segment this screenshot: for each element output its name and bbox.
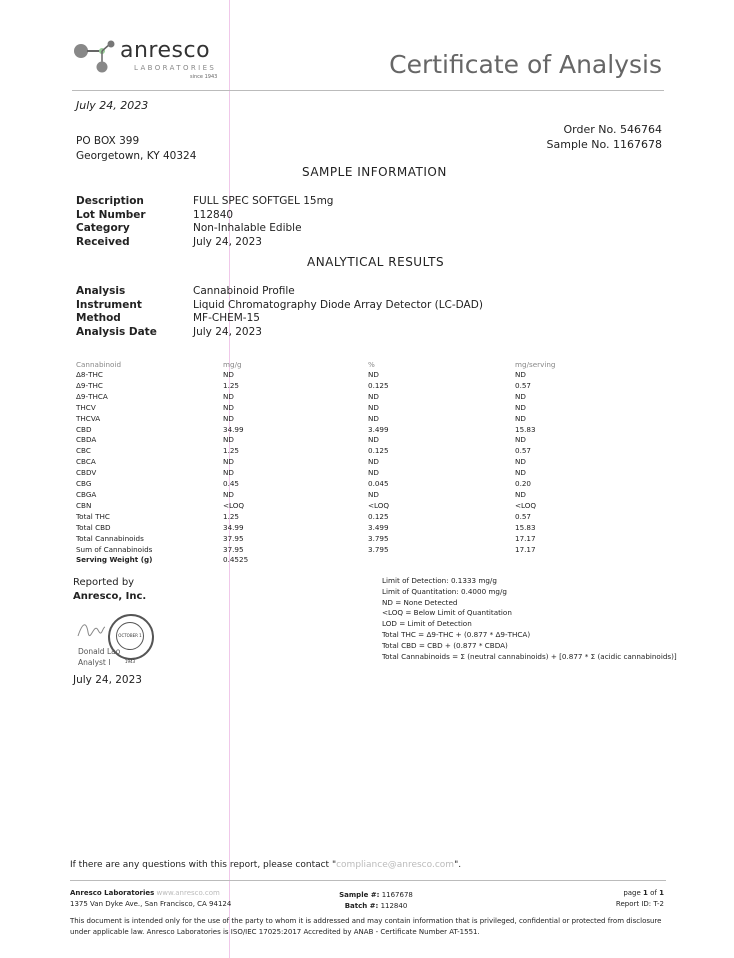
table-row: CBD34.993.49915.83 — [76, 425, 615, 436]
result-value: ND — [368, 468, 515, 479]
result-value: ND — [223, 457, 368, 468]
signer: Donald Lao Analyst I — [78, 646, 120, 668]
footer-address: 1375 Van Dyke Ave., San Francisco, CA 94… — [70, 899, 231, 910]
table-row: CBN<LOQ<LOQ<LOQ — [76, 501, 615, 512]
table-row: Δ9-THCANDNDND — [76, 392, 615, 403]
result-value: 37.95 — [223, 534, 368, 545]
table-header-row: Cannabinoid mg/g % mg/serving — [76, 358, 615, 370]
result-value: ND — [368, 370, 515, 381]
result-value: ND — [368, 457, 515, 468]
result-value: ND — [223, 392, 368, 403]
footer-company-name: Anresco Laboratories — [70, 889, 154, 897]
result-value: 34.99 — [223, 523, 368, 534]
signature-image — [76, 618, 106, 638]
result-value: ND — [515, 468, 615, 479]
report-id: Report ID: T-2 — [616, 899, 664, 910]
result-value: 0.125 — [368, 381, 515, 392]
note-line: Limit of Detection: 0.1333 mg/g — [382, 576, 677, 587]
result-value: 17.17 — [515, 545, 615, 556]
cannabinoid-name: CBD — [76, 425, 223, 436]
table-row: Δ9-THC1.250.1250.57 — [76, 381, 615, 392]
field-lot-number: Lot Number112840 — [76, 209, 333, 223]
client-address: PO BOX 399 Georgetown, KY 40324 — [76, 134, 196, 164]
column-header: mg/serving — [515, 358, 615, 370]
logo-since: since 1943 — [190, 74, 217, 80]
result-value: ND — [515, 414, 615, 425]
cannabinoid-name: Sum of Cannabinoids — [76, 545, 223, 556]
field-instrument: InstrumentLiquid Chromatography Diode Ar… — [76, 299, 483, 313]
order-info: Order No. 546764 Sample No. 1167678 — [547, 122, 663, 152]
table-row: CBCANDNDND — [76, 457, 615, 468]
result-value: ND — [223, 468, 368, 479]
result-value: 0.125 — [368, 512, 515, 523]
result-value: ND — [515, 457, 615, 468]
cannabinoid-name: CBG — [76, 479, 223, 490]
address-line-2: Georgetown, KY 40324 — [76, 149, 196, 164]
order-number: Order No. 546764 — [547, 122, 663, 137]
result-value: ND — [223, 490, 368, 501]
field-description: DescriptionFULL SPEC SOFTGEL 15mg — [76, 195, 333, 209]
anresco-logo: anresco LABORATORIES since 1943 — [72, 38, 242, 84]
reported-by-label: Reported by — [73, 576, 146, 590]
footer-ids: Sample #: 1167678 Batch #: 112840 — [334, 890, 418, 912]
table-row: THCVNDNDND — [76, 403, 615, 414]
column-header: Cannabinoid — [76, 358, 223, 370]
result-value: ND — [515, 435, 615, 446]
signature-date: July 24, 2023 — [73, 674, 142, 686]
cannabinoid-name: Δ9-THC — [76, 381, 223, 392]
result-value: ND — [223, 435, 368, 446]
signer-name: Donald Lao — [78, 646, 120, 657]
result-value: 37.95 — [223, 545, 368, 556]
result-value: 15.83 — [515, 523, 615, 534]
field-analysis-date: Analysis DateJuly 24, 2023 — [76, 326, 483, 340]
cannabinoid-name: THCVA — [76, 414, 223, 425]
table-row: CBC1.250.1250.57 — [76, 446, 615, 457]
result-value: 1.25 — [223, 512, 368, 523]
table-row: CBGANDNDND — [76, 490, 615, 501]
address-line-1: PO BOX 399 — [76, 134, 196, 149]
result-value: 15.83 — [515, 425, 615, 436]
cannabinoid-name: Δ9-THCA — [76, 392, 223, 403]
table-row: CBG0.450.0450.20 — [76, 479, 615, 490]
page-title: Certificate of Analysis — [389, 50, 662, 79]
cannabinoid-name: CBGA — [76, 490, 223, 501]
molecule-icon — [72, 40, 122, 80]
field-received: ReceivedJuly 24, 2023 — [76, 236, 333, 250]
result-value: ND — [515, 370, 615, 381]
note-line: Total CBD = CBD + (0.877 * CBDA) — [382, 641, 677, 652]
result-value: ND — [223, 403, 368, 414]
cannabinoid-name: Total THC — [76, 512, 223, 523]
result-value: ND — [223, 414, 368, 425]
result-value: 0.125 — [368, 446, 515, 457]
sample-information-fields: DescriptionFULL SPEC SOFTGEL 15mg Lot Nu… — [76, 195, 333, 249]
reported-by: Reported by Anresco, Inc. — [73, 576, 146, 604]
note-line: LOD = Limit of Detection — [382, 619, 677, 630]
result-value: 34.99 — [223, 425, 368, 436]
result-value: <LOQ — [223, 501, 368, 512]
result-value: ND — [368, 490, 515, 501]
footer-disclaimer: This document is intended only for the u… — [70, 916, 670, 938]
cannabinoid-name: Total Cannabinoids — [76, 534, 223, 545]
report-date: July 24, 2023 — [76, 99, 148, 112]
header-divider — [72, 90, 664, 91]
table-row: CBDVNDNDND — [76, 468, 615, 479]
cannabinoid-name: CBDA — [76, 435, 223, 446]
serving-weight-label: Serving Weight (g) — [76, 555, 223, 566]
cannabinoid-name: THCV — [76, 403, 223, 414]
cannabinoid-results-table: Cannabinoid mg/g % mg/serving Δ8-THCNDND… — [76, 358, 615, 566]
result-value: ND — [368, 392, 515, 403]
result-value: ND — [515, 490, 615, 501]
result-value: 0.57 — [515, 446, 615, 457]
table-row: Total THC1.250.1250.57 — [76, 512, 615, 523]
field-category: CategoryNon-Inhalable Edible — [76, 222, 333, 236]
cannabinoid-name: CBC — [76, 446, 223, 457]
footer-divider — [70, 880, 666, 881]
result-value: 1.25 — [223, 381, 368, 392]
result-value: 3.795 — [368, 534, 515, 545]
result-value: 17.17 — [515, 534, 615, 545]
table-row: Total CBD34.993.49915.83 — [76, 523, 615, 534]
reported-by-company: Anresco, Inc. — [73, 590, 146, 604]
cannabinoid-name: Total CBD — [76, 523, 223, 534]
field-method: MethodMF-CHEM-15 — [76, 312, 483, 326]
result-value: ND — [223, 370, 368, 381]
sample-information-heading: SAMPLE INFORMATION — [302, 165, 447, 179]
note-line: Total THC = Δ9-THC + (0.877 * Δ9-THCA) — [382, 630, 677, 641]
signer-title: Analyst I — [78, 657, 120, 668]
result-value: ND — [368, 403, 515, 414]
table-row: THCVANDNDND — [76, 414, 615, 425]
analytical-results-heading: ANALYTICAL RESULTS — [307, 255, 444, 269]
cannabinoid-name: Δ8-THC — [76, 370, 223, 381]
note-line: ND = None Detected — [382, 598, 677, 609]
table-row: Total Cannabinoids37.953.79517.17 — [76, 534, 615, 545]
table-row: Δ8-THCNDNDND — [76, 370, 615, 381]
cannabinoid-name: CBN — [76, 501, 223, 512]
result-value: ND — [368, 414, 515, 425]
table-row: Sum of Cannabinoids37.953.79517.17 — [76, 545, 615, 556]
result-value: 0.045 — [368, 479, 515, 490]
serving-weight-row: Serving Weight (g)0.4525 — [76, 555, 615, 566]
result-value: ND — [515, 392, 615, 403]
column-header: % — [368, 358, 515, 370]
result-value: <LOQ — [368, 501, 515, 512]
result-value: ND — [515, 403, 615, 414]
contact-line: If there are any questions with this rep… — [70, 860, 461, 870]
footer-batch-number: 112840 — [381, 902, 408, 910]
result-value: 3.499 — [368, 425, 515, 436]
result-value: 0.20 — [515, 479, 615, 490]
note-line: Total Cannabinoids = Σ (neutral cannabin… — [382, 652, 677, 663]
analytical-results-fields: AnalysisCannabinoid Profile InstrumentLi… — [76, 285, 483, 339]
result-value: <LOQ — [515, 501, 615, 512]
cannabinoid-name: CBCA — [76, 457, 223, 468]
sample-number: Sample No. 1167678 — [547, 137, 663, 152]
footer-page-info: page 1 of 1 Report ID: T-2 — [616, 888, 664, 910]
result-value: 0.45 — [223, 479, 368, 490]
cannabinoid-name: CBDV — [76, 468, 223, 479]
result-value: 0.57 — [515, 512, 615, 523]
result-value: 3.499 — [368, 523, 515, 534]
field-analysis: AnalysisCannabinoid Profile — [76, 285, 483, 299]
footer-website-link[interactable]: www.anresco.com — [157, 889, 220, 897]
contact-email-link[interactable]: compliance@anresco.com — [336, 860, 454, 870]
column-header: mg/g — [223, 358, 368, 370]
logo-subtitle: LABORATORIES — [134, 64, 216, 72]
result-value: 1.25 — [223, 446, 368, 457]
serving-weight-value: 0.4525 — [223, 555, 368, 566]
footer-company: Anresco Laboratories www.anresco.com 137… — [70, 888, 231, 910]
notes-legend: Limit of Detection: 0.1333 mg/gLimit of … — [382, 576, 677, 662]
note-line: <LOQ = Below Limit of Quantitation — [382, 608, 677, 619]
note-line: Limit of Quantitation: 0.4000 mg/g — [382, 587, 677, 598]
result-value: 0.57 — [515, 381, 615, 392]
result-value: 3.795 — [368, 545, 515, 556]
result-value: ND — [368, 435, 515, 446]
logo-wordmark: anresco — [120, 38, 210, 63]
table-row: CBDANDNDND — [76, 435, 615, 446]
footer-sample-number: 1167678 — [382, 891, 413, 899]
